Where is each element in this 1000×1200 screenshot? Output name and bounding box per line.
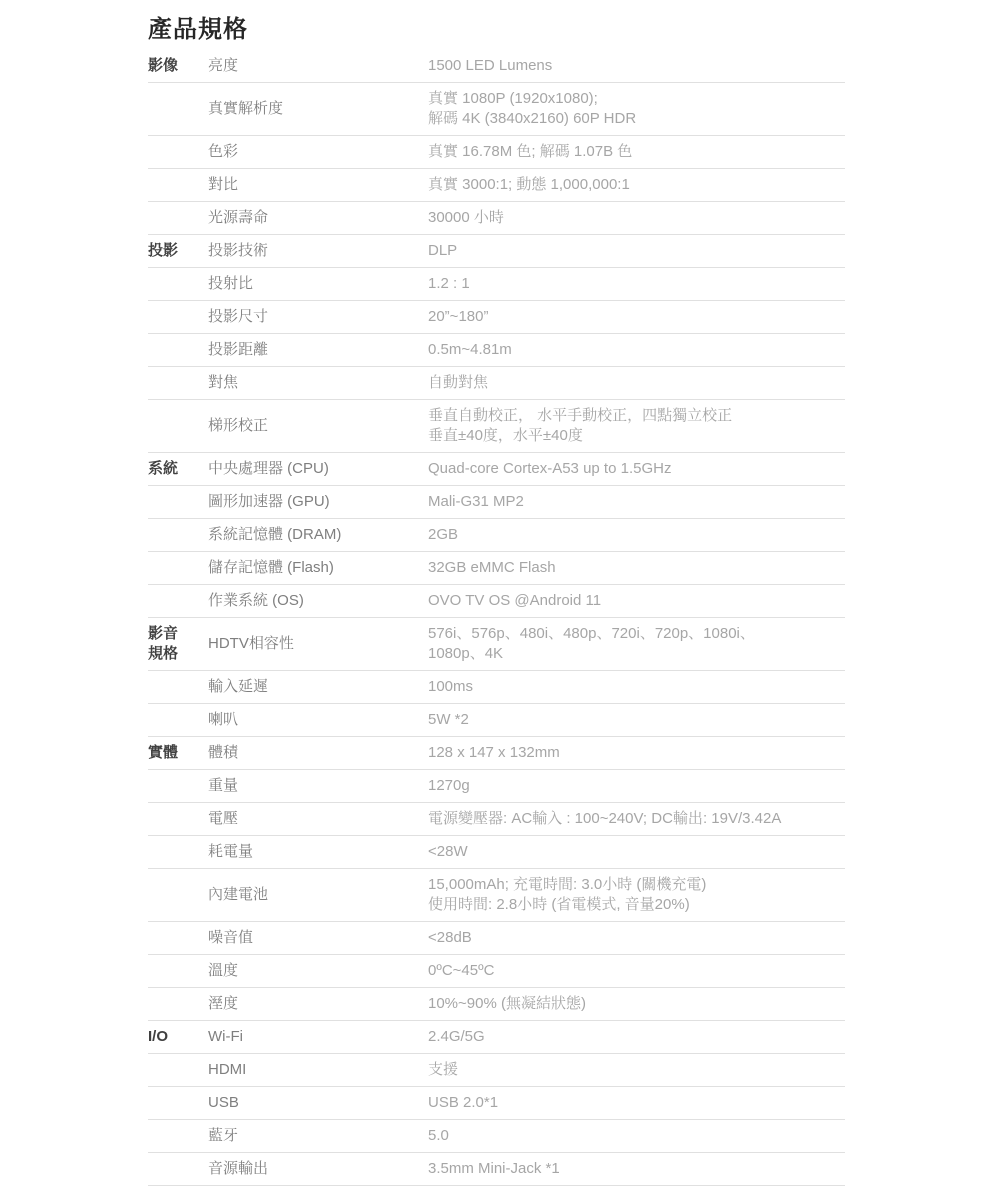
spec-label: 輸入延遲 <box>208 677 428 697</box>
spec-value: 10%~90% (無凝結狀態) <box>428 994 845 1014</box>
spec-label: 噪音值 <box>208 928 428 948</box>
spec-row: 系統記憶體 (DRAM)2GB <box>148 519 845 552</box>
spec-label: 音源輸出 <box>208 1159 428 1179</box>
spec-value: 2.4G/5G <box>428 1027 845 1047</box>
spec-value: 1.2 : 1 <box>428 274 845 294</box>
spec-row: 影像亮度1500 LED Lumens <box>148 50 845 83</box>
spec-label: 對焦 <box>208 373 428 393</box>
spec-label: 溫度 <box>208 961 428 981</box>
spec-row: 噪音值<28dB <box>148 922 845 955</box>
spec-row: 溫度0ºC~45ºC <box>148 955 845 988</box>
spec-label: 儲存記憶體 (Flash) <box>208 558 428 578</box>
spec-value: 5.0 <box>428 1126 845 1146</box>
spec-label: 耗電量 <box>208 842 428 862</box>
spec-category: I/O <box>148 1027 192 1047</box>
spec-label: 亮度 <box>208 56 428 76</box>
spec-row: 系統中央處理器 (CPU)Quad-core Cortex-A53 up to … <box>148 453 845 486</box>
spec-row: 喇叭5W *2 <box>148 704 845 737</box>
spec-label: 作業系統 (OS) <box>208 591 428 611</box>
spec-row: 梯形校正垂直自動校正， 水平手動校正，四點獨立校正 垂直±40度，水平±40度 <box>148 400 845 453</box>
spec-value: 真實 3000:1; 動態 1,000,000:1 <box>428 175 845 195</box>
spec-row: HDMI支援 <box>148 1054 845 1087</box>
spec-row: 投影距離0.5m~4.81m <box>148 334 845 367</box>
spec-value: 真實 16.78M 色; 解碼 1.07B 色 <box>428 142 845 162</box>
spec-label: USB <box>208 1093 428 1113</box>
spec-row: 溼度10%~90% (無凝結狀態) <box>148 988 845 1021</box>
spec-value: 自動對焦 <box>428 373 845 393</box>
spec-value: 5W *2 <box>428 710 845 730</box>
spec-row: 光源壽命30000 小時 <box>148 202 845 235</box>
spec-value: 128 x 147 x 132mm <box>428 743 845 763</box>
spec-row: 藍牙5.0 <box>148 1120 845 1153</box>
spec-label: 真實解析度 <box>208 99 428 119</box>
spec-label: HDTV相容性 <box>208 634 428 654</box>
spec-table: 影像亮度1500 LED Lumens真實解析度真實 1080P (1920x1… <box>148 50 845 1186</box>
spec-category: 實體 <box>148 743 192 763</box>
spec-value: 垂直自動校正， 水平手動校正，四點獨立校正 垂直±40度，水平±40度 <box>428 406 845 446</box>
spec-label: 系統記憶體 (DRAM) <box>208 525 428 545</box>
spec-value: 0ºC~45ºC <box>428 961 845 981</box>
spec-row: 儲存記憶體 (Flash)32GB eMMC Flash <box>148 552 845 585</box>
spec-row: 投影尺寸20”~180” <box>148 301 845 334</box>
spec-row: 投射比1.2 : 1 <box>148 268 845 301</box>
spec-category: 影音規格 <box>148 624 192 664</box>
spec-row: 色彩真實 16.78M 色; 解碼 1.07B 色 <box>148 136 845 169</box>
spec-label: 投影尺寸 <box>208 307 428 327</box>
spec-label: 溼度 <box>208 994 428 1014</box>
spec-row: 對焦自動對焦 <box>148 367 845 400</box>
spec-value: 真實 1080P (1920x1080); 解碼 4K (3840x2160) … <box>428 89 845 129</box>
spec-value: 電源變壓器: AC輸入 : 100~240V; DC輸出: 19V/3.42A <box>428 809 845 829</box>
spec-label: 中央處理器 (CPU) <box>208 459 428 479</box>
spec-label: 重量 <box>208 776 428 796</box>
spec-label: 內建電池 <box>208 885 428 905</box>
spec-value: 15,000mAh; 充電時間: 3.0小時 (關機充電) 使用時間: 2.8小… <box>428 875 845 915</box>
page-title: 產品規格 <box>148 16 845 44</box>
spec-row: 作業系統 (OS)OVO TV OS @Android 11 <box>148 585 845 618</box>
spec-row: 輸入延遲100ms <box>148 671 845 704</box>
spec-row: 實體體積128 x 147 x 132mm <box>148 737 845 770</box>
spec-value: 支援 <box>428 1060 845 1080</box>
spec-value: 1500 LED Lumens <box>428 56 845 76</box>
spec-row: 投影投影技術DLP <box>148 235 845 268</box>
spec-label: 光源壽命 <box>208 208 428 228</box>
spec-label: 投影技術 <box>208 241 428 261</box>
spec-value: 2GB <box>428 525 845 545</box>
spec-value: DLP <box>428 241 845 261</box>
spec-row: 內建電池15,000mAh; 充電時間: 3.0小時 (關機充電) 使用時間: … <box>148 869 845 922</box>
spec-value: 576i、576p、480i、480p、720i、720p、1080i、 108… <box>428 624 845 664</box>
spec-row: 對比真實 3000:1; 動態 1,000,000:1 <box>148 169 845 202</box>
spec-value: 0.5m~4.81m <box>428 340 845 360</box>
spec-value: Quad-core Cortex-A53 up to 1.5GHz <box>428 459 845 479</box>
spec-value: 100ms <box>428 677 845 697</box>
spec-label: HDMI <box>208 1060 428 1080</box>
spec-value: 3.5mm Mini-Jack *1 <box>428 1159 845 1179</box>
spec-label: 喇叭 <box>208 710 428 730</box>
spec-row: 電壓電源變壓器: AC輸入 : 100~240V; DC輸出: 19V/3.42… <box>148 803 845 836</box>
spec-label: Wi-Fi <box>208 1027 428 1047</box>
spec-value: 20”~180” <box>428 307 845 327</box>
spec-value: Mali-G31 MP2 <box>428 492 845 512</box>
spec-page: 產品規格 影像亮度1500 LED Lumens真實解析度真實 1080P (1… <box>148 16 845 1186</box>
spec-row: 耗電量<28W <box>148 836 845 869</box>
spec-row: 圖形加速器 (GPU)Mali-G31 MP2 <box>148 486 845 519</box>
spec-value: <28dB <box>428 928 845 948</box>
spec-value: 32GB eMMC Flash <box>428 558 845 578</box>
spec-label: 梯形校正 <box>208 416 428 436</box>
spec-category: 影像 <box>148 56 192 76</box>
spec-label: 投射比 <box>208 274 428 294</box>
spec-label: 對比 <box>208 175 428 195</box>
spec-value: 1270g <box>428 776 845 796</box>
spec-value: USB 2.0*1 <box>428 1093 845 1113</box>
spec-label: 藍牙 <box>208 1126 428 1146</box>
spec-label: 投影距離 <box>208 340 428 360</box>
spec-value: OVO TV OS @Android 11 <box>428 591 845 611</box>
spec-label: 電壓 <box>208 809 428 829</box>
spec-row: USBUSB 2.0*1 <box>148 1087 845 1120</box>
spec-row: 音源輸出3.5mm Mini-Jack *1 <box>148 1153 845 1186</box>
spec-label: 體積 <box>208 743 428 763</box>
spec-row: 重量1270g <box>148 770 845 803</box>
spec-category: 投影 <box>148 241 192 261</box>
spec-row: 影音規格HDTV相容性576i、576p、480i、480p、720i、720p… <box>148 618 845 671</box>
spec-row: 真實解析度真實 1080P (1920x1080); 解碼 4K (3840x2… <box>148 83 845 136</box>
spec-value: <28W <box>428 842 845 862</box>
spec-value: 30000 小時 <box>428 208 845 228</box>
spec-row: I/OWi-Fi2.4G/5G <box>148 1021 845 1054</box>
spec-label: 色彩 <box>208 142 428 162</box>
spec-label: 圖形加速器 (GPU) <box>208 492 428 512</box>
spec-category: 系統 <box>148 459 192 479</box>
